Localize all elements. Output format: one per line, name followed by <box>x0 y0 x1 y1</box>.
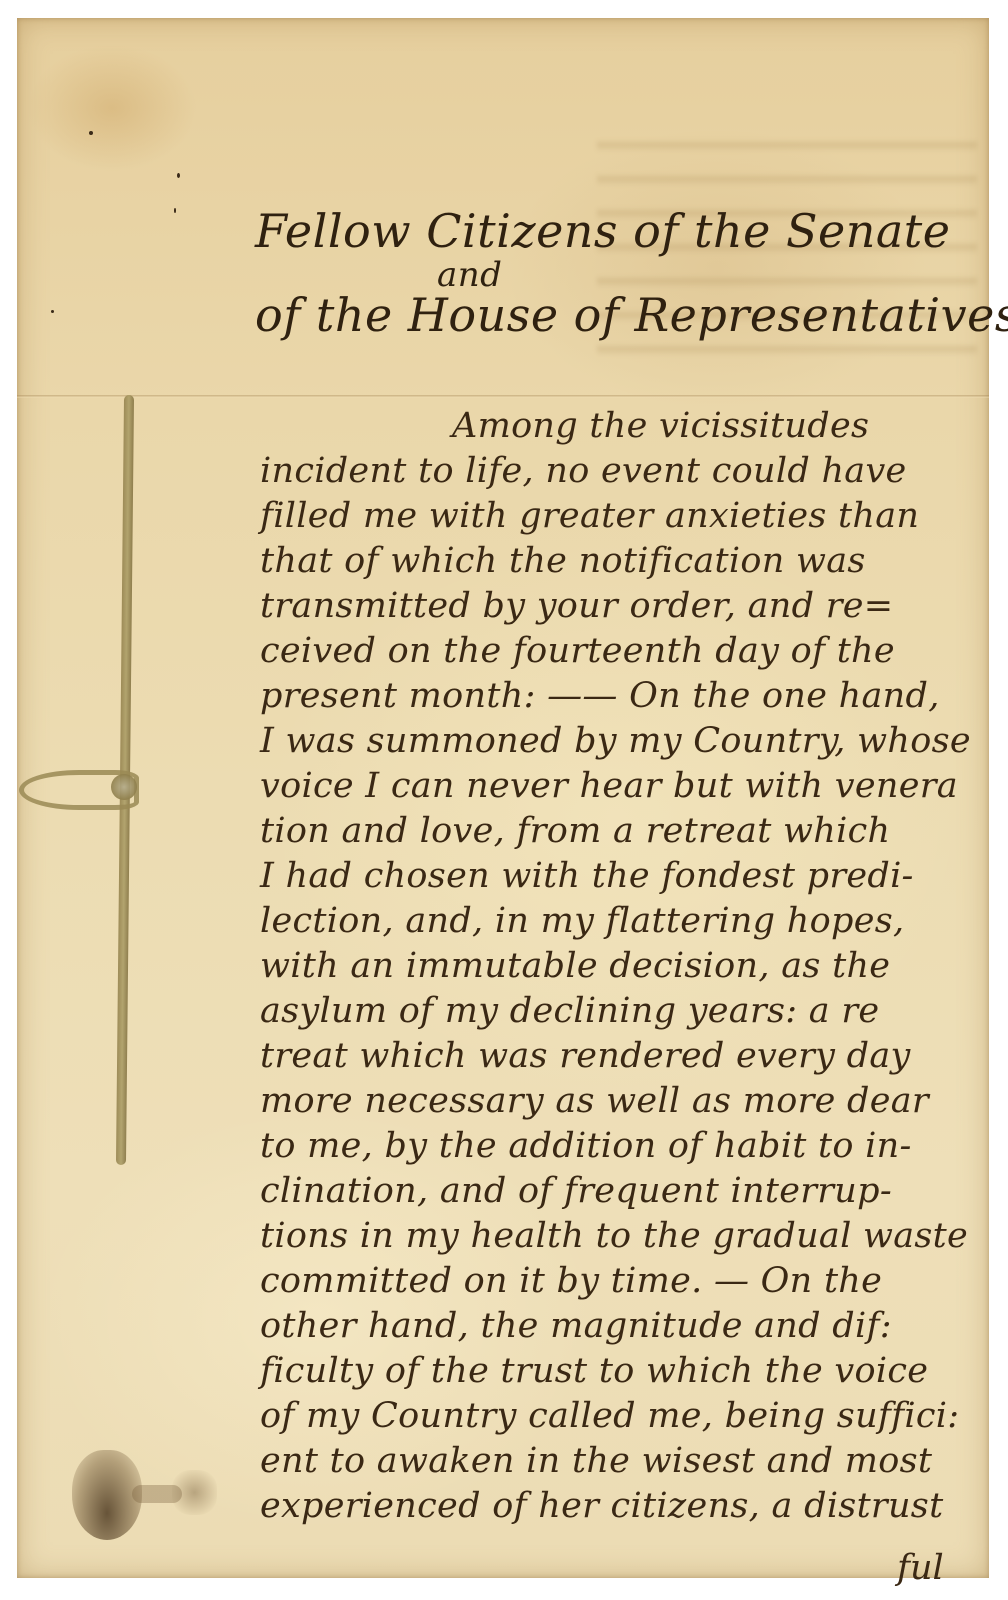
body-line: treat which was rendered every day <box>260 1036 911 1076</box>
body-line: tions in my health to the gradual waste <box>260 1216 968 1256</box>
body-line: experienced of her citizens, a distrust <box>260 1486 943 1526</box>
body-line: voice I can never hear but with venera <box>260 766 958 806</box>
body-line: of my Country called me, being suffici: <box>260 1396 959 1436</box>
body-line: lection, and, in my flattering hopes, <box>260 901 904 941</box>
body-line: that of which the notification was <box>260 541 866 581</box>
body-line: transmitted by your order, and re= <box>260 586 893 626</box>
body-line: ceived on the fourteenth day of the <box>260 631 895 671</box>
body-line: I had chosen with the fondest predi- <box>260 856 914 896</box>
body-line: ent to awaken in the wisest and most <box>260 1441 932 1481</box>
body-line: with an immutable decision, as the <box>260 946 890 986</box>
salutation-line-1: Fellow Citizens of the Senate <box>255 204 950 258</box>
body-line: to me, by the addition of habit to in- <box>260 1126 912 1166</box>
manuscript-page: Fellow Citizens of the Senate and of the… <box>17 18 989 1578</box>
body-line: committed on it by time. — On the <box>260 1261 882 1301</box>
body-line: asylum of my declining years: a re <box>260 991 879 1031</box>
salutation-line-3: of the House of Representatives. <box>255 288 1008 342</box>
body-line: present month: —— On the one hand, <box>260 676 940 716</box>
body-line: filled me with greater anxieties than <box>260 496 919 536</box>
body-line: tion and love, from a retreat which <box>260 811 890 851</box>
body-line: Among the vicissitudes <box>452 406 869 446</box>
catchword: ful <box>897 1548 944 1588</box>
body-line: clination, and of frequent interrup- <box>260 1171 892 1211</box>
manuscript-text: Fellow Citizens of the Senate and of the… <box>17 18 989 1578</box>
body-line: more necessary as well as more dear <box>260 1081 929 1121</box>
body-line: ficulty of the trust to which the voice <box>260 1351 928 1391</box>
body-line: incident to life, no event could have <box>260 451 907 491</box>
body-line: I was summoned by my Country, whose <box>260 721 971 761</box>
body-line: other hand, the magnitude and dif: <box>260 1306 892 1346</box>
